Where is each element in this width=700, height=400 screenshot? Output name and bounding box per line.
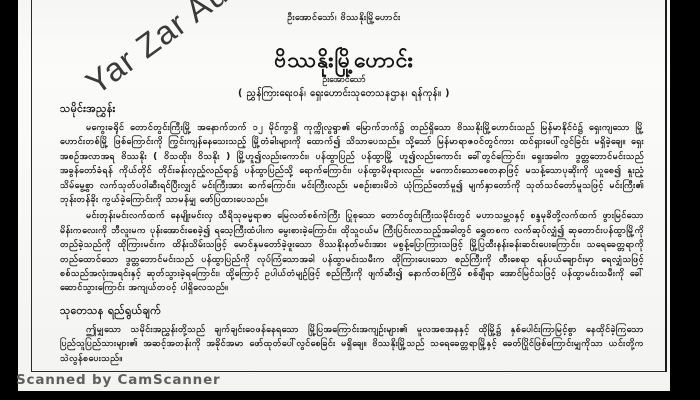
- document-body: သမိုင်းအညွှန်း မကွေးခရိုင် တောင်တွင်းကြီ…: [60, 103, 644, 368]
- body-paragraph: မကွေးခရိုင် တောင်တွင်းကြီးမြို့ အနောက်ဘက…: [60, 121, 644, 207]
- body-paragraph: မင်းတုန်းမင်းလက်ထက် နေမျိုးမင်းလှ သီရိသု…: [60, 209, 644, 295]
- section-heading-history: သမိုင်းအညွှန်း: [60, 103, 644, 118]
- section-heading-research-aim: သုတေသန ရည်ရွယ်ချက်: [60, 305, 644, 320]
- camscanner-attribution: Scanned by CamScanner: [16, 372, 221, 388]
- running-header: ဦးအောင်သော်၊ ဗိဿနိုးမြို့ဟောင်း: [18, 12, 670, 25]
- body-paragraph: ဤမျှသော သမိုင်းအညွှန်းတို့သည် ချက်ချင်းဝ…: [60, 323, 644, 366]
